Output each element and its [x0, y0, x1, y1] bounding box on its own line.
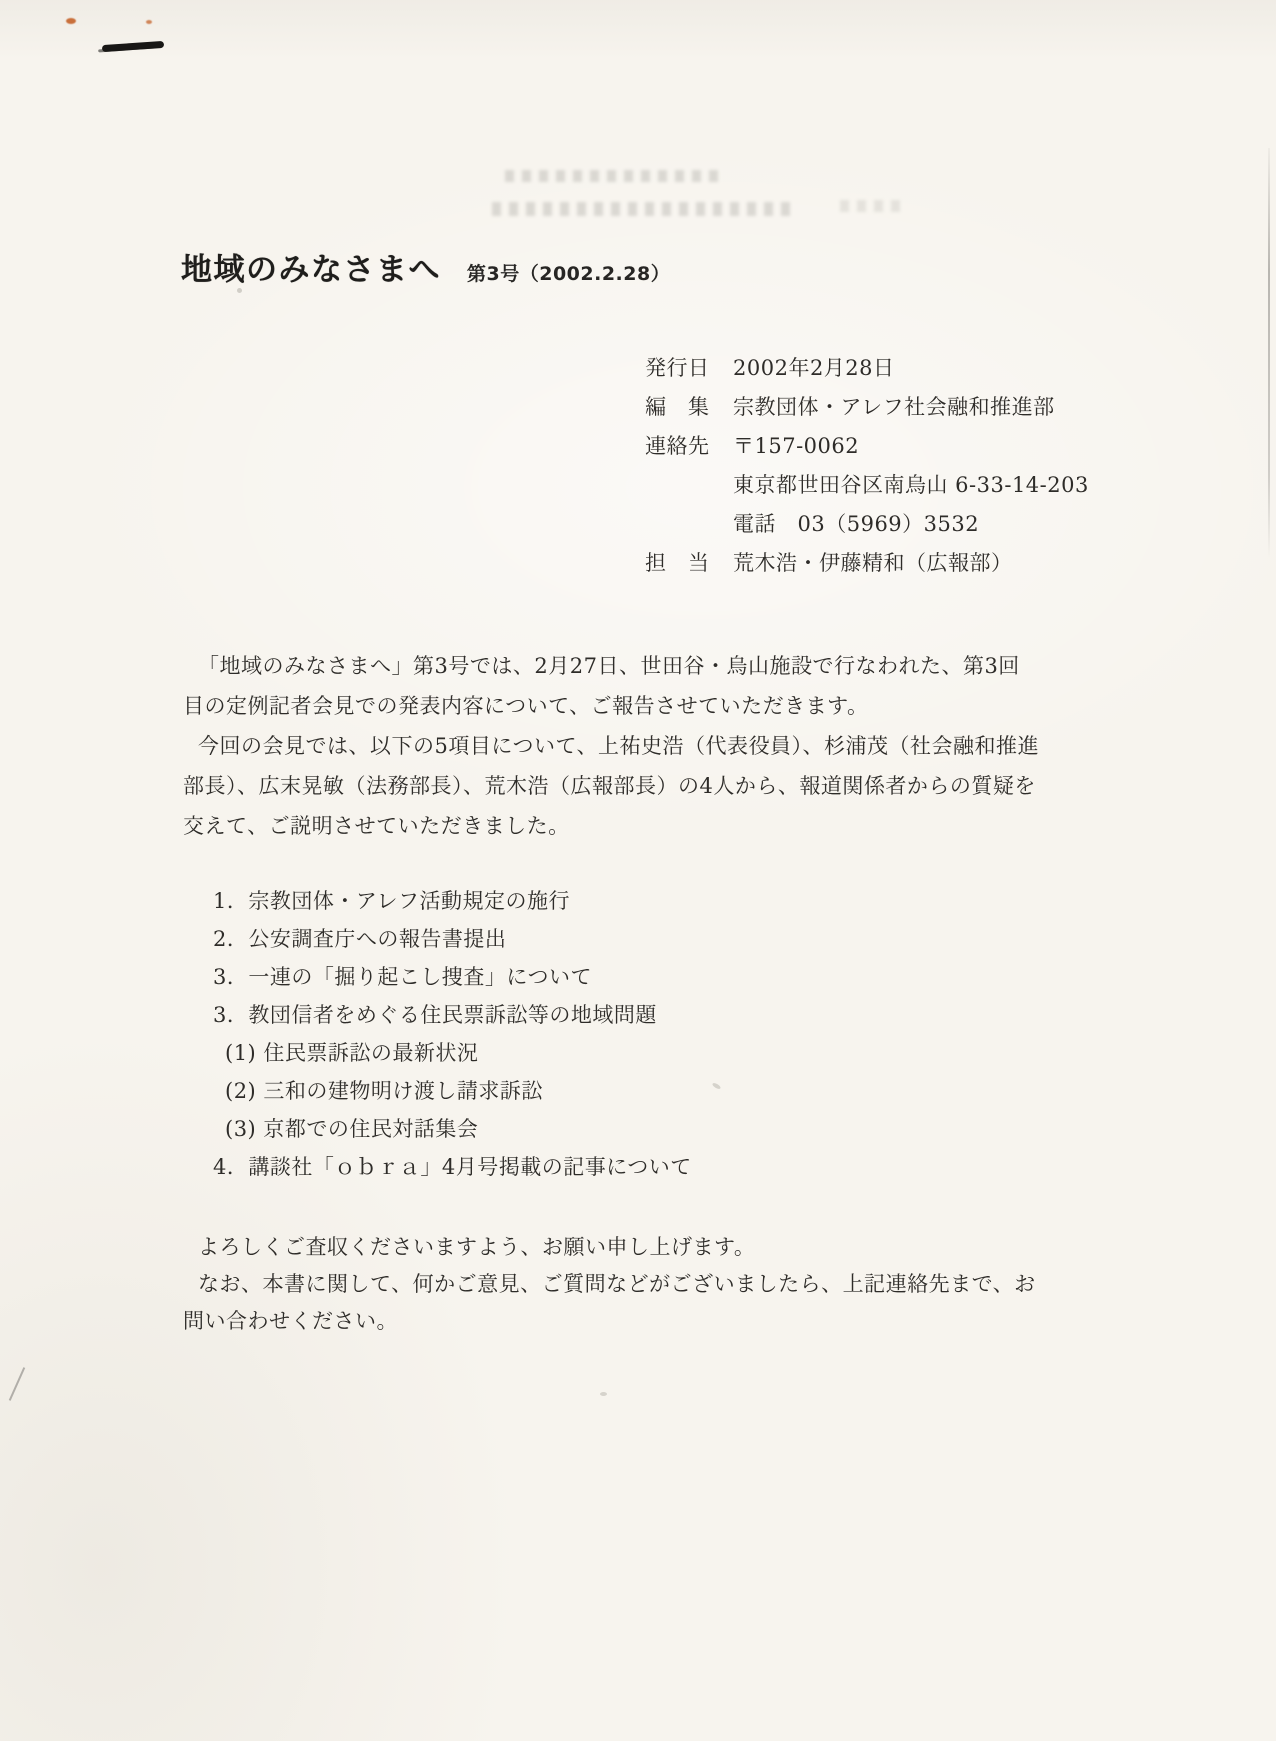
- masthead-value: 2002年2月28日: [733, 356, 895, 380]
- masthead-row: 電話 03（5969）3532: [645, 505, 1089, 544]
- masthead-label: 発行日: [645, 349, 733, 388]
- masthead: 発行日2002年2月28日 編 集宗教団体・アレフ社会融和推進部 連絡先〒157…: [645, 349, 1089, 583]
- closing-line: よろしくご査収くださいますよう、お願い申し上げます。: [183, 1229, 1083, 1266]
- masthead-value: 荒木浩・伊藤精和（広報部）: [733, 551, 1013, 575]
- scan-edge-line: [1268, 148, 1270, 558]
- intro-paragraph-line: 交えて、ご説明させていただきました。: [183, 806, 1083, 846]
- masthead-row: 連絡先〒157-0062: [645, 427, 1089, 466]
- masthead-value: 〒157-0062: [733, 434, 859, 458]
- paper-speck-orange: [146, 20, 152, 24]
- masthead-value: 宗教団体・アレフ社会融和推進部: [733, 395, 1055, 419]
- agenda-item: 2．公安調査庁への報告書提出: [213, 920, 692, 958]
- agenda-item: 3．教団信者をめぐる住民票訴訟等の地域問題: [213, 996, 692, 1034]
- closing-line: なお、本書に関して、何かご意見、ご質問などがございましたら、上記連絡先まで、お: [183, 1266, 1083, 1303]
- ghost-text-smudge: [492, 202, 797, 216]
- document-title: 地域のみなさまへ: [181, 244, 441, 289]
- paper-speck: [600, 1392, 607, 1396]
- masthead-row: 担 当荒木浩・伊藤精和（広報部）: [645, 544, 1089, 583]
- masthead-row: 発行日2002年2月28日: [645, 349, 1089, 388]
- scanned-page: 地域のみなさまへ 第3号（2002.2.28） 発行日2002年2月28日 編 …: [0, 0, 1276, 1741]
- title-row: 地域のみなさまへ 第3号（2002.2.28）: [181, 244, 670, 289]
- masthead-label: 担 当: [645, 544, 733, 583]
- masthead-row: 編 集宗教団体・アレフ社会融和推進部: [645, 388, 1089, 427]
- pen-mark: [102, 41, 164, 52]
- paper-speck-orange: [66, 18, 76, 24]
- agenda-list: 1．宗教団体・アレフ活動規定の施行 2．公安調査庁への報告書提出 3．一連の「掘…: [213, 882, 692, 1186]
- agenda-subitem: (1) 住民票訴訟の最新状況: [213, 1034, 692, 1072]
- issue-label: 第3号（2002.2.28）: [467, 259, 670, 286]
- intro-paragraph-line: 「地域のみなさまへ」第3号では、2月27日、世田谷・烏山施設で行なわれた、第3回: [183, 646, 1083, 686]
- intro-paragraph-line: 部長）、広末晃敏（法務部長）、荒木浩（広報部長）の4人から、報道関係者からの質疑…: [183, 766, 1083, 806]
- intro-paragraph-line: 目の定例記者会見での発表内容について、ご報告させていただきます。: [183, 686, 1083, 726]
- agenda-item: 1．宗教団体・アレフ活動規定の施行: [213, 882, 692, 920]
- closing-paragraph: よろしくご査収くださいますよう、お願い申し上げます。 なお、本書に関して、何かご…: [183, 1229, 1083, 1340]
- masthead-value: 電話 03（5969）3532: [733, 512, 979, 536]
- masthead-label: 編 集: [645, 388, 733, 427]
- agenda-subitem: (3) 京都での住民対話集会: [213, 1110, 692, 1148]
- agenda-item: 3．一連の「掘り起こし捜査」について: [213, 958, 692, 996]
- closing-line: 問い合わせください。: [183, 1303, 1083, 1340]
- ghost-text-smudge: [505, 170, 720, 182]
- intro-paragraphs: 「地域のみなさまへ」第3号では、2月27日、世田谷・烏山施設で行なわれた、第3回…: [183, 646, 1083, 846]
- ghost-text-smudge: [840, 200, 900, 212]
- intro-paragraph-line: 今回の会見では、以下の5項目について、上祐史浩（代表役員）、杉浦茂（社会融和推進: [183, 726, 1083, 766]
- agenda-subitem: (2) 三和の建物明け渡し請求訴訟: [213, 1072, 692, 1110]
- masthead-label: 連絡先: [645, 427, 733, 466]
- masthead-value: 東京都世田谷区南烏山 6-33-14-203: [733, 473, 1089, 497]
- paper-speck: [712, 1082, 722, 1090]
- scan-scratch: [9, 1367, 25, 1401]
- agenda-item: 4．講談社「ｏｂｒａ」4月号掲載の記事について: [213, 1148, 692, 1186]
- masthead-row: 東京都世田谷区南烏山 6-33-14-203: [645, 466, 1089, 505]
